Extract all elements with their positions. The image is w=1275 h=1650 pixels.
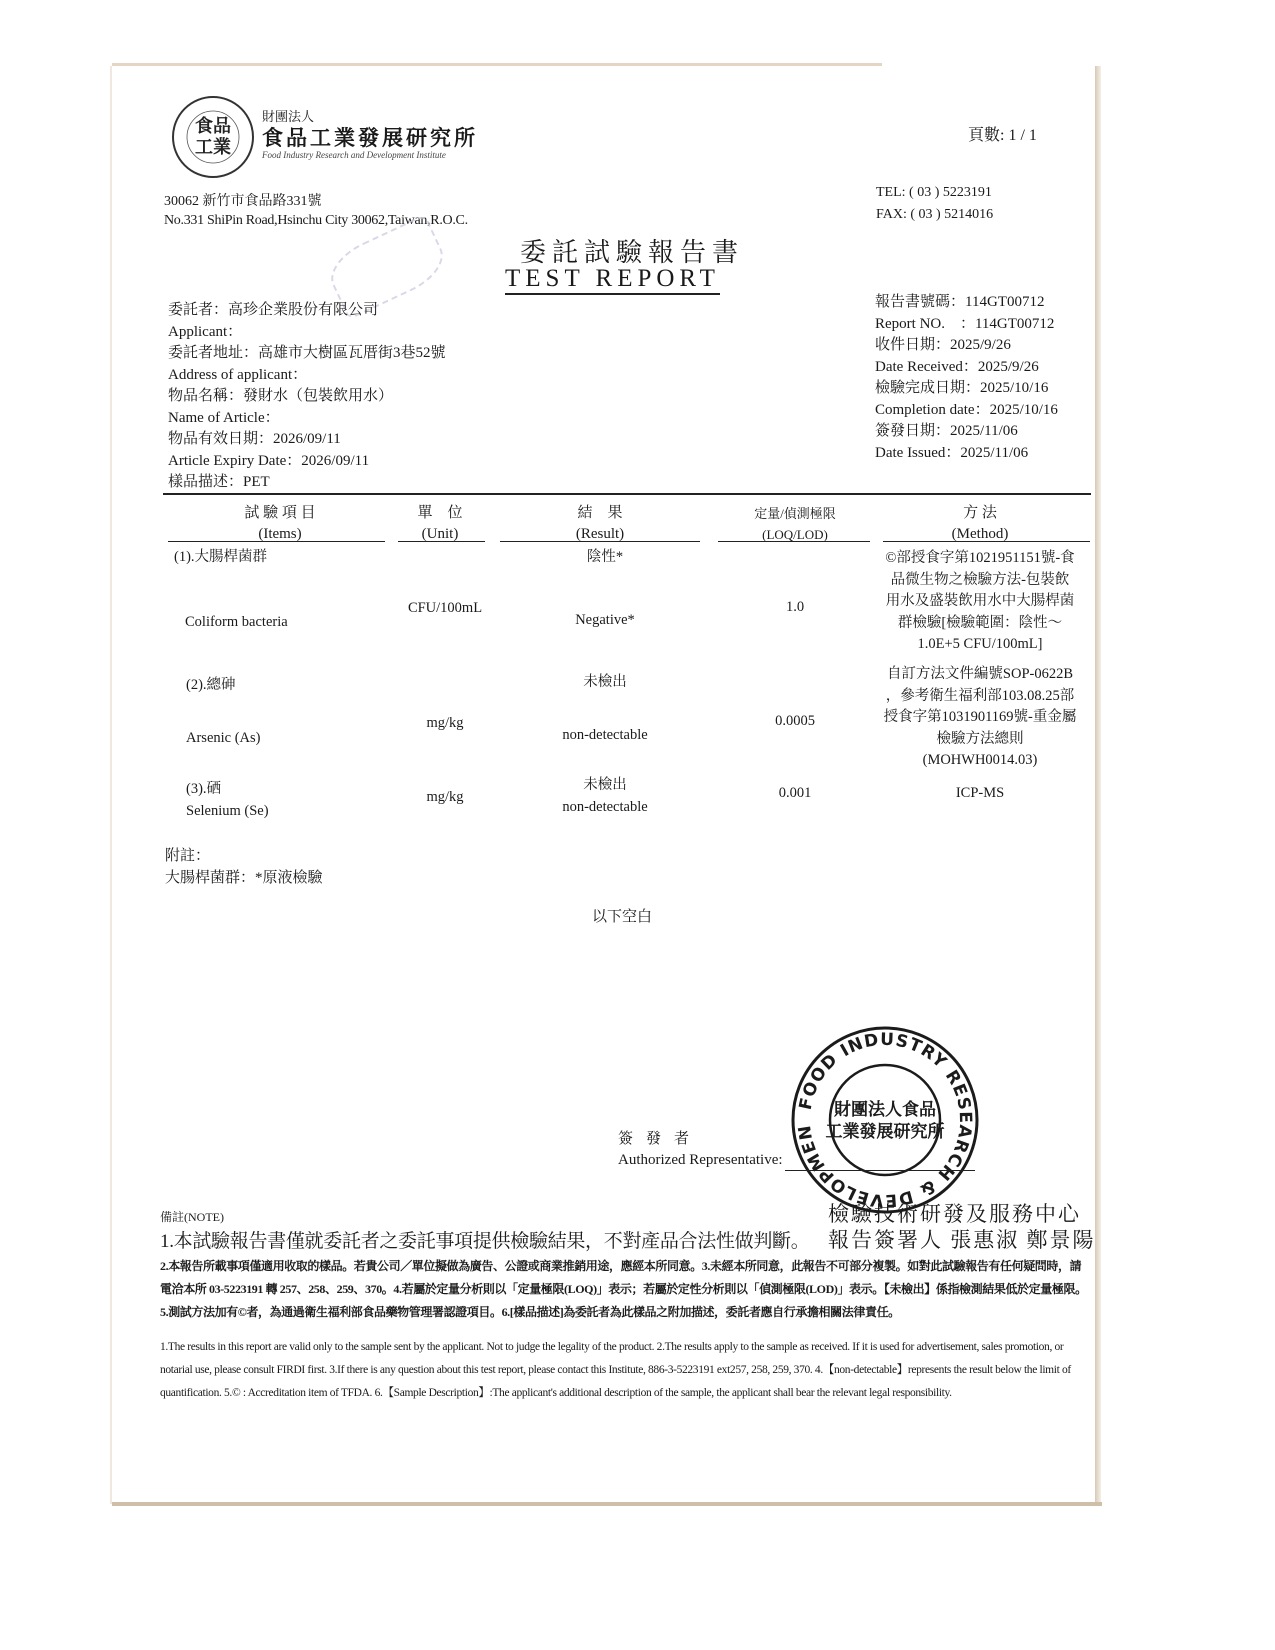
result-en: non-detectable	[530, 725, 680, 746]
report-number-en: Report NO. ：114GT00712	[875, 314, 1058, 336]
remark-1: 1.本試驗報告書僅就委託者之委託事項提供檢驗結果，不對產品合法性做判斷。	[160, 1226, 809, 1253]
result-en: non-detectable	[530, 797, 680, 818]
method: ©部授食字第1021951151號-食 品微生物之檢驗方法-包裝飲 用水及盛裝飲…	[865, 548, 1095, 656]
signature-line	[785, 1170, 975, 1171]
institute-logo: 食品工業	[172, 96, 254, 178]
unit: CFU/100mL	[395, 598, 495, 619]
item-en: Arsenic (As)	[186, 728, 261, 749]
date-received-zh: 收件日期：2025/9/26	[875, 335, 1058, 357]
logo-center-text: 食品工業	[192, 116, 234, 158]
header-loq: 定量/偵測極限 (LOQ/LOD)	[720, 503, 870, 545]
item-zh: (1).大腸桿菌群	[174, 547, 267, 568]
notes: 附註： 大腸桿菌群：*原液檢驗	[165, 845, 323, 889]
notes-label: 附註：	[165, 845, 323, 867]
result-zh: 陰性*	[530, 547, 680, 568]
applicant-info: 委託者：高珍企業股份有限公司 Applicant： 委託者地址：高雄市大樹區瓦厝…	[168, 300, 446, 494]
completion-date-en: Completion date：2025/10/16	[875, 400, 1058, 422]
header-underline	[500, 541, 700, 542]
telephone: TEL: ( 03 ) 5223191	[876, 185, 992, 201]
signatories-stamp: 報告簽署人 張惠淑 鄭景陽	[828, 1224, 1096, 1254]
completion-date-zh: 檢驗完成日期：2025/10/16	[875, 378, 1058, 400]
header-underline	[398, 541, 485, 542]
item-zh: (2).總砷	[186, 675, 236, 696]
address-zh: 30062 新竹市食品路331號	[164, 190, 322, 210]
title-zh: 委託試驗報告書	[520, 232, 744, 269]
method: ICP-MS	[865, 783, 1095, 805]
loq: 0.0005	[745, 711, 845, 732]
title-en: TEST REPORT	[505, 266, 720, 295]
remarks-zh: 2.本報告所載事項僅適用收取的樣品。若貴公司／單位擬做為廣告、公證或商業推銷用途…	[160, 1255, 1090, 1324]
report-info: 報告書號碼：114GT00712 Report NO. ：114GT00712 …	[875, 292, 1058, 464]
unit: mg/kg	[395, 713, 495, 734]
loq: 0.001	[745, 783, 845, 804]
seal-inner-line-1: 財團法人食品	[834, 1099, 936, 1119]
method: 自訂方法文件編號SOP-0622B ，參考衛生福利部103.08.25部 授食字…	[865, 664, 1095, 772]
applicant-label-en: Applicant：	[168, 322, 446, 344]
page-number: 頁數: 1 / 1	[968, 122, 1037, 145]
header-underline	[883, 541, 1090, 542]
header-unit: 單 位 (Unit)	[395, 503, 485, 545]
date-issued-zh: 簽發日期：2025/11/06	[875, 421, 1058, 443]
report-number-zh: 報告書號碼：114GT00712	[875, 292, 1058, 314]
fax: FAX: ( 03 ) 5214016	[876, 207, 993, 223]
date-issued-en: Date Issued：2025/11/06	[875, 443, 1058, 465]
paper-edge	[112, 1502, 1102, 1506]
applicant-address-label-en: Address of applicant：	[168, 365, 446, 387]
header-items: 試 驗 項 目 (Items)	[170, 503, 390, 545]
item-zh: (3).硒	[186, 779, 221, 800]
date-received-en: Date Received：2025/9/26	[875, 357, 1058, 379]
item-en: Selenium (Se)	[186, 801, 269, 822]
org-name: 食品工業發展研究所	[262, 122, 478, 152]
result-en: Negative*	[530, 610, 680, 631]
applicant-address: 委託者地址：高雄市大樹區瓦厝街3巷52號	[168, 343, 446, 365]
org-name-en: Food Industry Research and Development I…	[262, 150, 446, 160]
paper-edge	[110, 66, 112, 1504]
loq: 1.0	[745, 597, 845, 618]
header-method: 方 法 (Method)	[880, 503, 1080, 545]
item-en: Coliform bacteria	[185, 612, 288, 633]
applicant-name: 委託者：高珍企業股份有限公司	[168, 300, 446, 322]
signer-label-zh: 簽發者	[618, 1127, 702, 1148]
sample-description: 樣品描述：PET	[168, 472, 446, 494]
header-underline	[168, 541, 385, 542]
header-underline	[718, 541, 870, 542]
table-top-rule	[163, 493, 1091, 495]
unit: mg/kg	[395, 787, 495, 808]
article-name: 物品名稱：發財水（包裝飲用水）	[168, 386, 446, 408]
notes-text: 大腸桿菌群：*原液檢驗	[165, 867, 323, 889]
seal-inner-line-2: 工業發展研究所	[826, 1121, 945, 1141]
article-name-label-en: Name of Article：	[168, 408, 446, 430]
expiry-date-en: Article Expiry Date：2026/09/11	[168, 451, 446, 473]
remarks-heading: 備註(NOTE)	[160, 1208, 224, 1225]
remarks-en: 1.The results in this report are valid o…	[160, 1336, 1090, 1405]
paper-edge	[112, 63, 882, 66]
result-zh: 未檢出	[530, 775, 680, 796]
result-zh: 未檢出	[530, 672, 680, 693]
signer-label-en: Authorized Representative:	[618, 1152, 783, 1169]
blank-below-marker: 以下空白	[592, 905, 652, 926]
paper-edge	[1095, 66, 1101, 1506]
expiry-date-zh: 物品有效日期：2026/09/11	[168, 429, 446, 451]
official-seal-icon: FOOD INDUSTRY RESEARCH & DEVELOPMENT INS…	[785, 1020, 985, 1220]
header-result: 結 果 (Result)	[515, 503, 685, 545]
